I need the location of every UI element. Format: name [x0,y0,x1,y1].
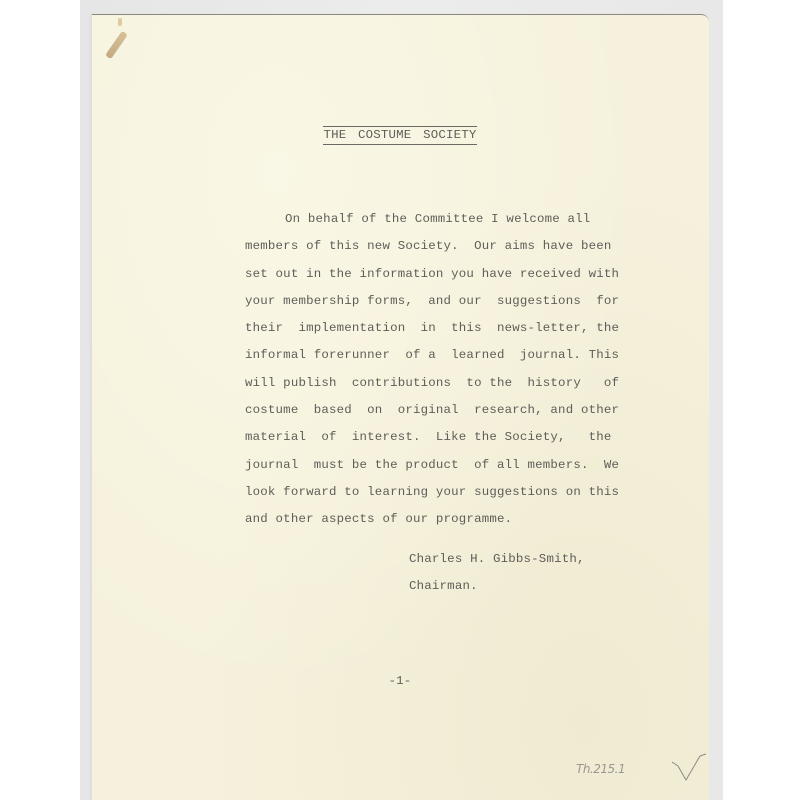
document-title-text: THE COSTUME SOCIETY [323,126,476,145]
body-line: journal must be the product of all membe… [245,457,570,484]
body-line: members of this new Society. Our aims ha… [245,238,570,265]
body-line: On behalf of the Committee I welcome all [245,211,570,238]
page-number: -1- [0,674,800,688]
signature-name: Charles H. Gibbs-Smith, [409,552,585,566]
body-line: and other aspects of our programme. [245,511,570,538]
body-line: informal forerunner of a learned journal… [245,347,570,374]
body-line: look forward to learning your suggestion… [245,484,570,511]
body-line: will publish contributions to the histor… [245,375,570,402]
body-line: their implementation in this news-letter… [245,320,570,347]
document-title: THE COSTUME SOCIETY [0,126,800,145]
signature-role: Chairman. [409,579,478,593]
body-line: set out in the information you have rece… [245,266,570,293]
pencil-annotation: Th.215.1 [576,762,625,776]
rust-stain-dot [118,18,122,26]
pencil-check-mark-icon [670,752,720,784]
body-line: costume based on original research, and … [245,402,570,429]
body-line: material of interest. Like the Society, … [245,429,570,456]
letter-body: On behalf of the Committee I welcome all… [245,211,570,539]
body-line: your membership forms, and our suggestio… [245,293,570,320]
